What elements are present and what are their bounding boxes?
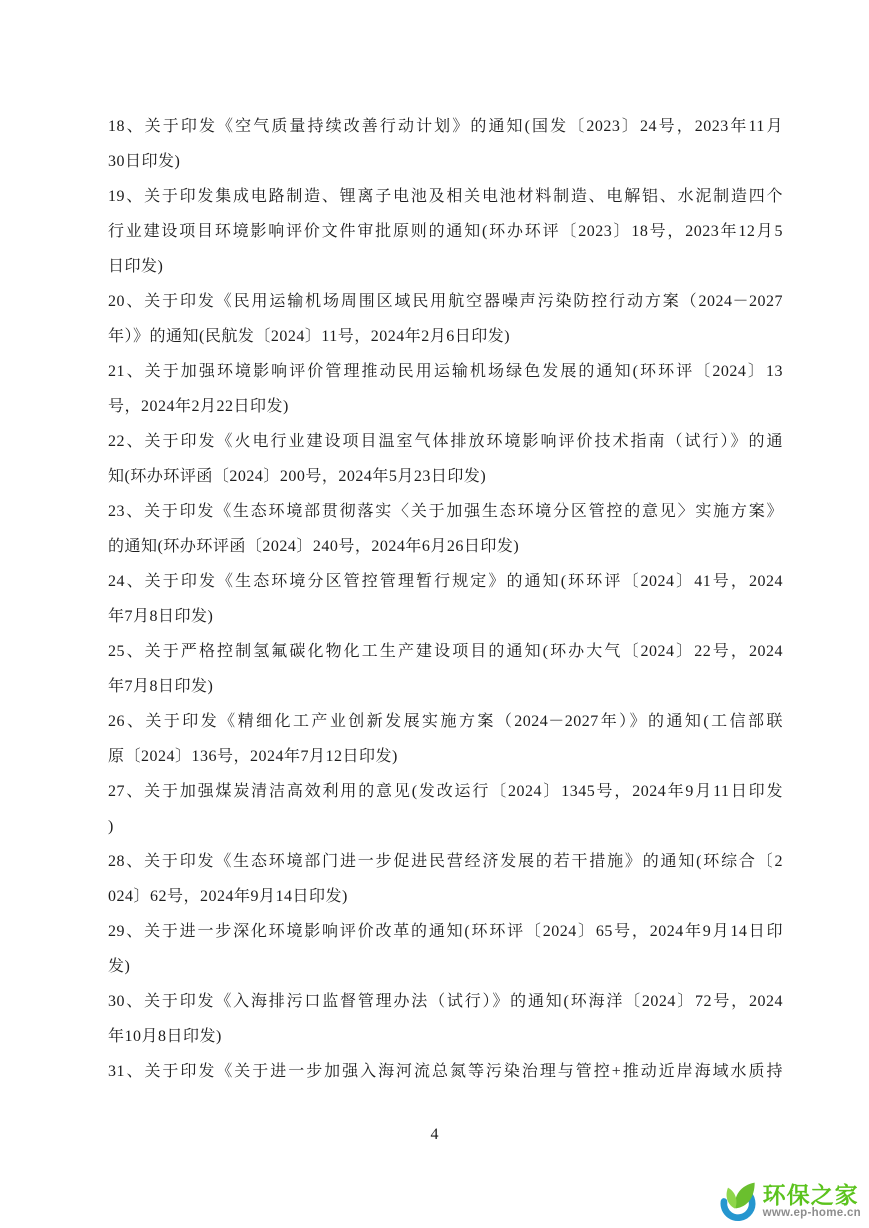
text-line: 30、关于印发《入海排污口监督管理办法（试行）》的通知(环海洋〔2024〕72号… (108, 984, 783, 1019)
ep-home-logo-icon (718, 1180, 758, 1222)
text-line: 行业建设项目环境影响评价文件审批原则的通知(环办环评〔2023〕18号，2023… (108, 214, 783, 249)
text-line: 21、关于加强环境影响评价管理推动民用运输机场绿色发展的通知(环环评〔2024〕… (108, 354, 783, 389)
list-item-30: 30、关于印发《入海排污口监督管理办法（试行）》的通知(环海洋〔2024〕72号… (108, 984, 783, 1054)
text-line: 原〔2024〕136号，2024年7月12日印发) (108, 739, 783, 774)
text-line: 30日印发) (108, 144, 783, 179)
list-item-22: 22、关于印发《火电行业建设项目温室气体排放环境影响评价技术指南（试行）》的通 … (108, 424, 783, 494)
list-item-23: 23、关于印发《生态环境部贯彻落实〈关于加强生态环境分区管控的意见〉实施方案》 … (108, 494, 783, 564)
page-number: 4 (0, 1126, 869, 1144)
logo-site-name: 环保之家 (763, 1183, 861, 1207)
text-line: 31、关于印发《关于进一步加强入海河流总氮等污染治理与管控+推动近岸海域水质持 (108, 1054, 783, 1089)
text-line: 年）》的通知(民航发〔2024〕11号，2024年2月6日印发) (108, 319, 783, 354)
list-item-31: 31、关于印发《关于进一步加强入海河流总氮等污染治理与管控+推动近岸海域水质持 (108, 1054, 783, 1089)
text-line: 号，2024年2月22日印发) (108, 389, 783, 424)
document-body: 18、关于印发《空气质量持续改善行动计划》的通知(国发〔2023〕24号，202… (108, 109, 783, 1089)
list-item-29: 29、关于进一步深化环境影响评价改革的通知(环环评〔2024〕65号，2024年… (108, 914, 783, 984)
logo-text-block: 环保之家 www.ep-home.cn (763, 1183, 861, 1220)
list-item-18: 18、关于印发《空气质量持续改善行动计划》的通知(国发〔2023〕24号，202… (108, 109, 783, 179)
text-line: 024〕62号，2024年9月14日印发) (108, 879, 783, 914)
text-line: 24、关于印发《生态环境分区管控管理暂行规定》的通知(环环评〔2024〕41号，… (108, 564, 783, 599)
list-item-26: 26、关于印发《精细化工产业创新发展实施方案（2024－2027年）》的通知(工… (108, 704, 783, 774)
text-line: 日印发) (108, 249, 783, 284)
text-line: 知(环办环评函〔2024〕200号，2024年5月23日印发) (108, 459, 783, 494)
text-line: 年7月8日印发) (108, 669, 783, 704)
document-page: 18、关于印发《空气质量持续改善行动计划》的通知(国发〔2023〕24号，202… (0, 0, 869, 1228)
logo-site-url: www.ep-home.cn (763, 1207, 861, 1220)
text-line: 年7月8日印发) (108, 599, 783, 634)
ep-home-logo: 环保之家 www.ep-home.cn (718, 1180, 861, 1222)
text-line: 20、关于印发《民用运输机场周围区域民用航空器噪声污染防控行动方案（2024－2… (108, 284, 783, 319)
text-line: 29、关于进一步深化环境影响评价改革的通知(环环评〔2024〕65号，2024年… (108, 914, 783, 949)
text-line: ) (108, 809, 783, 844)
list-item-20: 20、关于印发《民用运输机场周围区域民用航空器噪声污染防控行动方案（2024－2… (108, 284, 783, 354)
list-item-21: 21、关于加强环境影响评价管理推动民用运输机场绿色发展的通知(环环评〔2024〕… (108, 354, 783, 424)
text-line: 发) (108, 949, 783, 984)
list-item-28: 28、关于印发《生态环境部门进一步促进民营经济发展的若干措施》的通知(环综合〔2… (108, 844, 783, 914)
text-line: 23、关于印发《生态环境部贯彻落实〈关于加强生态环境分区管控的意见〉实施方案》 (108, 494, 783, 529)
list-item-24: 24、关于印发《生态环境分区管控管理暂行规定》的通知(环环评〔2024〕41号，… (108, 564, 783, 634)
list-item-27: 27、关于加强煤炭清洁高效利用的意见(发改运行〔2024〕1345号，2024年… (108, 774, 783, 844)
text-line: 22、关于印发《火电行业建设项目温室气体排放环境影响评价技术指南（试行）》的通 (108, 424, 783, 459)
list-item-19: 19、关于印发集成电路制造、锂离子电池及相关电池材料制造、电解铝、水泥制造四个 … (108, 179, 783, 284)
text-line: 26、关于印发《精细化工产业创新发展实施方案（2024－2027年）》的通知(工… (108, 704, 783, 739)
text-line: 25、关于严格控制氢氟碳化物化工生产建设项目的通知(环办大气〔2024〕22号，… (108, 634, 783, 669)
text-line: 的通知(环办环评函〔2024〕240号，2024年6月26日印发) (108, 529, 783, 564)
text-line: 27、关于加强煤炭清洁高效利用的意见(发改运行〔2024〕1345号，2024年… (108, 774, 783, 809)
text-line: 19、关于印发集成电路制造、锂离子电池及相关电池材料制造、电解铝、水泥制造四个 (108, 179, 783, 214)
text-line: 18、关于印发《空气质量持续改善行动计划》的通知(国发〔2023〕24号，202… (108, 109, 783, 144)
text-line: 年10月8日印发) (108, 1019, 783, 1054)
text-line: 28、关于印发《生态环境部门进一步促进民营经济发展的若干措施》的通知(环综合〔2 (108, 844, 783, 879)
list-item-25: 25、关于严格控制氢氟碳化物化工生产建设项目的通知(环办大气〔2024〕22号，… (108, 634, 783, 704)
